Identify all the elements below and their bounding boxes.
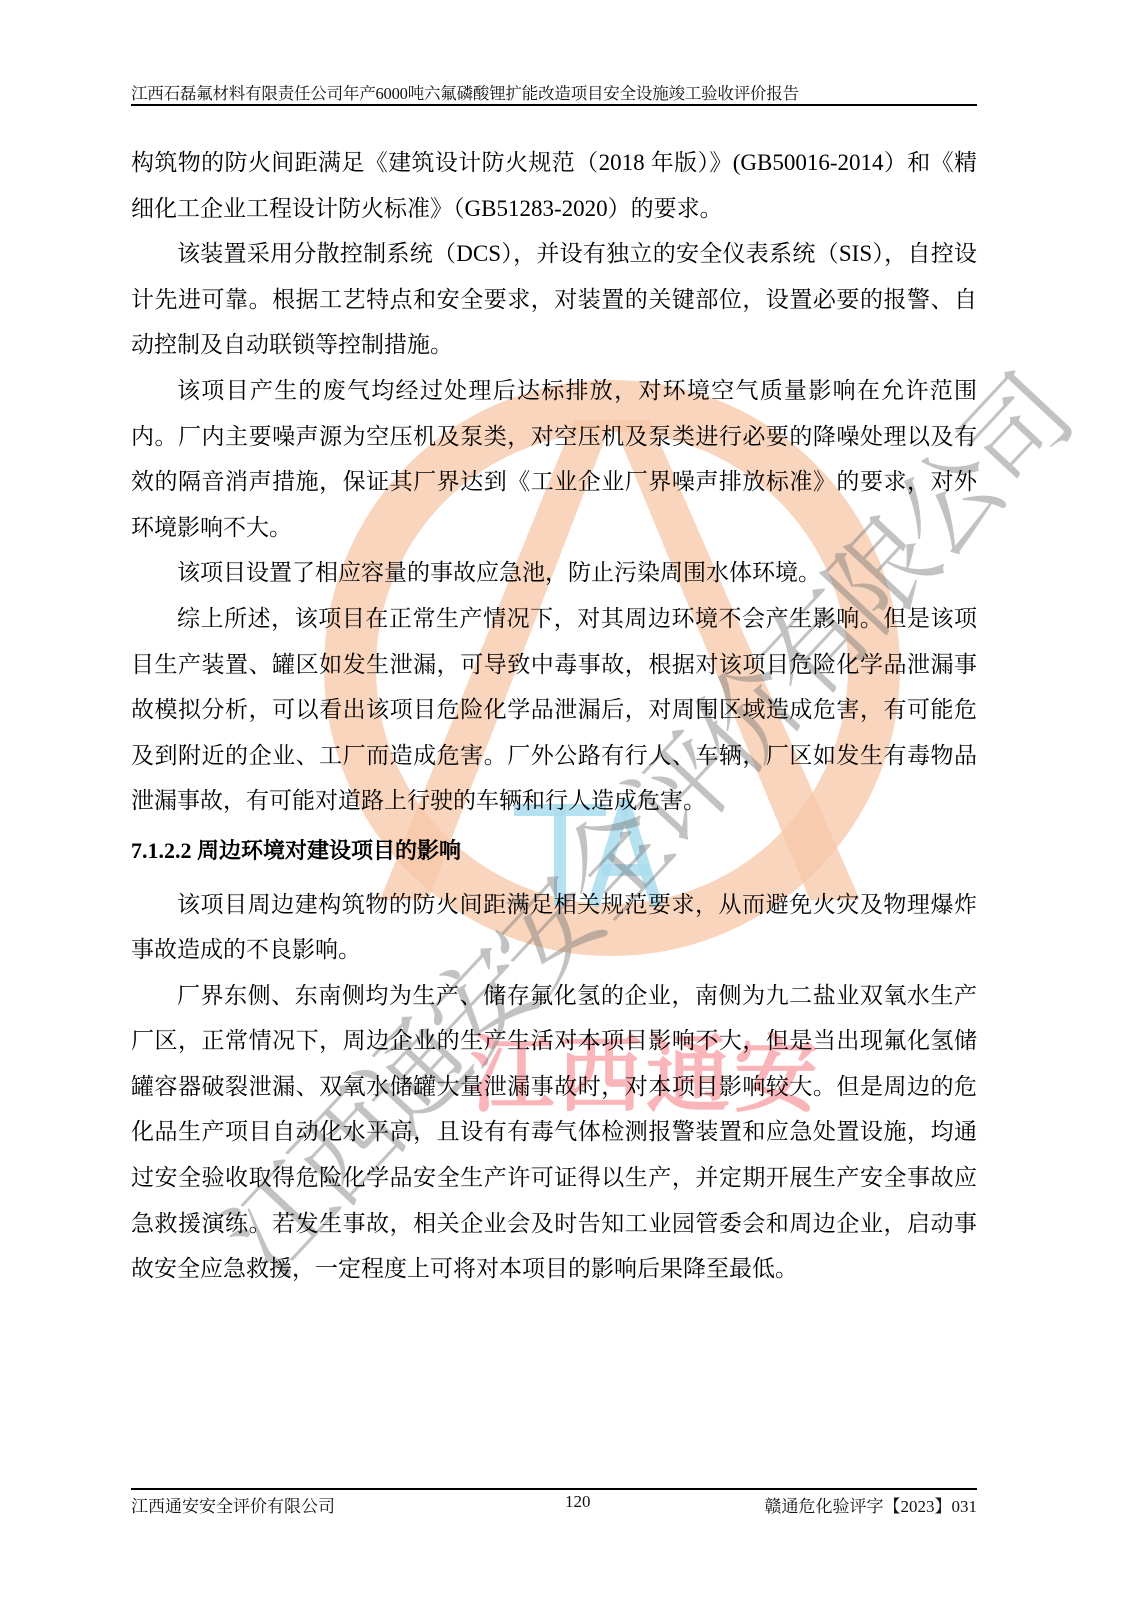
page-number: 120	[565, 1492, 591, 1512]
footer-company: 江西通安安全评价有限公司	[131, 1492, 335, 1517]
paragraph: 综上所述，该项目在正常生产情况下，对其周边环境不会产生影响。但是该项目生产装置、…	[131, 596, 977, 824]
paragraph: 该项目产生的废气均经过处理后达标排放，对环境空气质量影响在允许范围内。厂内主要噪…	[131, 368, 977, 550]
header-divider	[131, 104, 977, 106]
footer-divider	[131, 1488, 977, 1490]
paragraph: 该装置采用分散控制系统（DCS），并设有独立的安全仪表系统（SIS），自控设计先…	[131, 231, 977, 368]
paragraph: 该项目设置了相应容量的事故应急池，防止污染周围水体环境。	[131, 550, 977, 596]
document-body: 构筑物的防火间距满足《建筑设计防火规范（2018 年版）》(GB50016-20…	[131, 140, 977, 1292]
document-number: 赣通危化验评字【2023】031	[765, 1492, 978, 1517]
running-footer: 江西通安安全评价有限公司 120 赣通危化验评字【2023】031	[131, 1492, 977, 1516]
paragraph: 该项目周边建构筑物的防火间距满足相关规范要求，从而避免火灾及物理爆炸事故造成的不…	[131, 882, 977, 973]
running-header: 江西石磊氟材料有限责任公司年产6000吨六氟磷酸锂扩能改造项目安全设施竣工验收评…	[131, 80, 977, 104]
paragraph: 厂界东侧、东南侧均为生产、储存氟化氢的企业，南侧为九二盐业双氧水生产厂区，正常情…	[131, 973, 977, 1292]
document-page: 江西通安 江西通安安全评价有限公司 江西石磊氟材料有限责任公司年产6000吨六氟…	[0, 0, 1131, 1600]
section-heading: 7.1.2.2 周边环境对建设项目的影响	[131, 824, 977, 882]
paragraph: 构筑物的防火间距满足《建筑设计防火规范（2018 年版）》(GB50016-20…	[131, 140, 977, 231]
